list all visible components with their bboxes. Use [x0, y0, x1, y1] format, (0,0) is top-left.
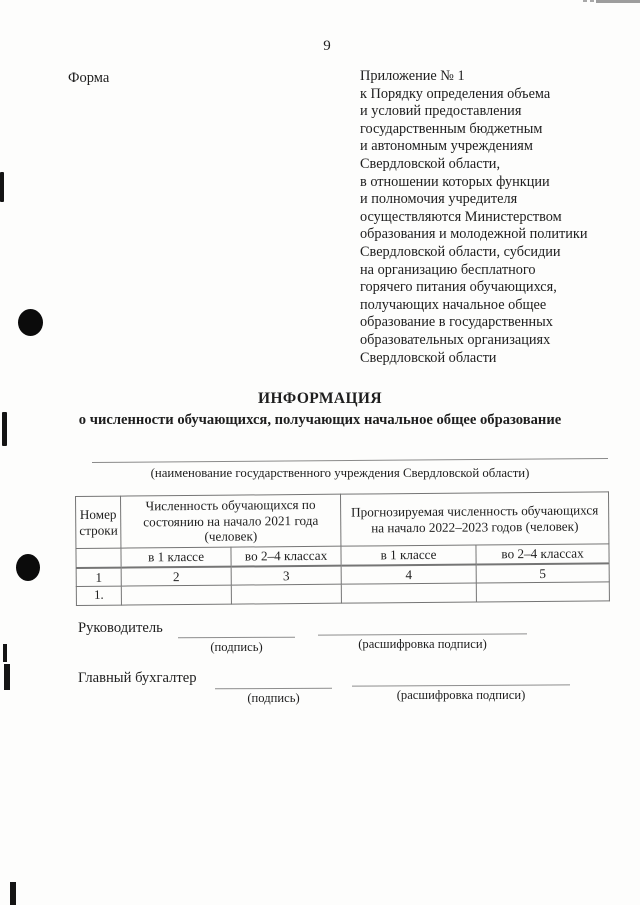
- signature-line-chief-accountant: [215, 688, 332, 690]
- empty-header-cell: [76, 548, 121, 567]
- data-cell: [231, 584, 341, 603]
- scan-artifact-edge-mark: [3, 644, 7, 662]
- form-label: Форма: [68, 70, 109, 87]
- signature-name-line-director: [318, 633, 527, 635]
- scan-artifact-top-dash: [590, 0, 594, 2]
- sub-header-grades2-4-2021: во 2–4 классах: [231, 546, 341, 566]
- sub-header-grade1-forecast: в 1 классе: [341, 545, 476, 565]
- header-group-2021: Численность обучающихся по состоянию на …: [121, 494, 341, 548]
- scan-artifact-hole-punch: [18, 309, 43, 336]
- table-row: 1.: [76, 582, 609, 605]
- sub-header-grades2-4-forecast: во 2–4 классах: [476, 544, 609, 564]
- row-number-cell: 1.: [76, 586, 121, 605]
- signature-caption-director: (подпись): [178, 640, 295, 655]
- scan-artifact-top-line: [596, 0, 640, 3]
- header-group-2022-2023: Прогнозируемая численность обучающихся н…: [340, 492, 608, 546]
- scan-artifact-edge-mark: [0, 172, 4, 202]
- column-number: 3: [231, 565, 341, 585]
- sub-header-grade1-2021: в 1 классе: [121, 547, 231, 567]
- column-number: 5: [476, 563, 609, 583]
- table-group-header-row: Номер строки Численность обучающихся по …: [76, 492, 609, 549]
- data-cell: [476, 582, 609, 602]
- column-number: 2: [121, 566, 231, 586]
- document-subtitle: о численности обучающихся, получающих на…: [0, 412, 640, 429]
- page-number: 9: [0, 38, 640, 55]
- signature-name-line-chief-accountant: [352, 684, 570, 686]
- scan-artifact-hole-punch: [16, 554, 40, 581]
- organization-name-line: [92, 458, 608, 463]
- appendix-reference-block: Приложение № 1к Порядку определения объе…: [360, 68, 636, 367]
- scan-artifact-edge-mark: [10, 882, 16, 905]
- students-count-table: Номер строки Численность обучающихся по …: [75, 491, 610, 605]
- signature-line-director: [178, 637, 295, 639]
- signature-role-chief-accountant: Главный бухгалтер: [78, 670, 197, 687]
- signature-role-director: Руководитель: [78, 620, 163, 637]
- signature-name-caption-director: (расшифровка подписи): [318, 637, 527, 652]
- data-cell: [121, 585, 231, 604]
- column-number: 1: [76, 567, 121, 586]
- scan-artifact-top-dash: [583, 0, 587, 2]
- header-row-number: Номер строки: [76, 496, 121, 548]
- column-number: 4: [341, 564, 476, 584]
- signature-caption-chief-accountant: (подпись): [215, 691, 332, 706]
- signature-name-caption-chief-accountant: (расшифровка подписи): [352, 688, 570, 703]
- document-title: ИНФОРМАЦИЯ: [0, 390, 640, 408]
- scan-artifact-edge-mark: [4, 664, 10, 690]
- data-cell: [341, 583, 476, 603]
- organization-name-caption: (наименование государственного учреждени…: [60, 466, 620, 481]
- students-count-table-grid: Номер строки Численность обучающихся по …: [75, 491, 610, 605]
